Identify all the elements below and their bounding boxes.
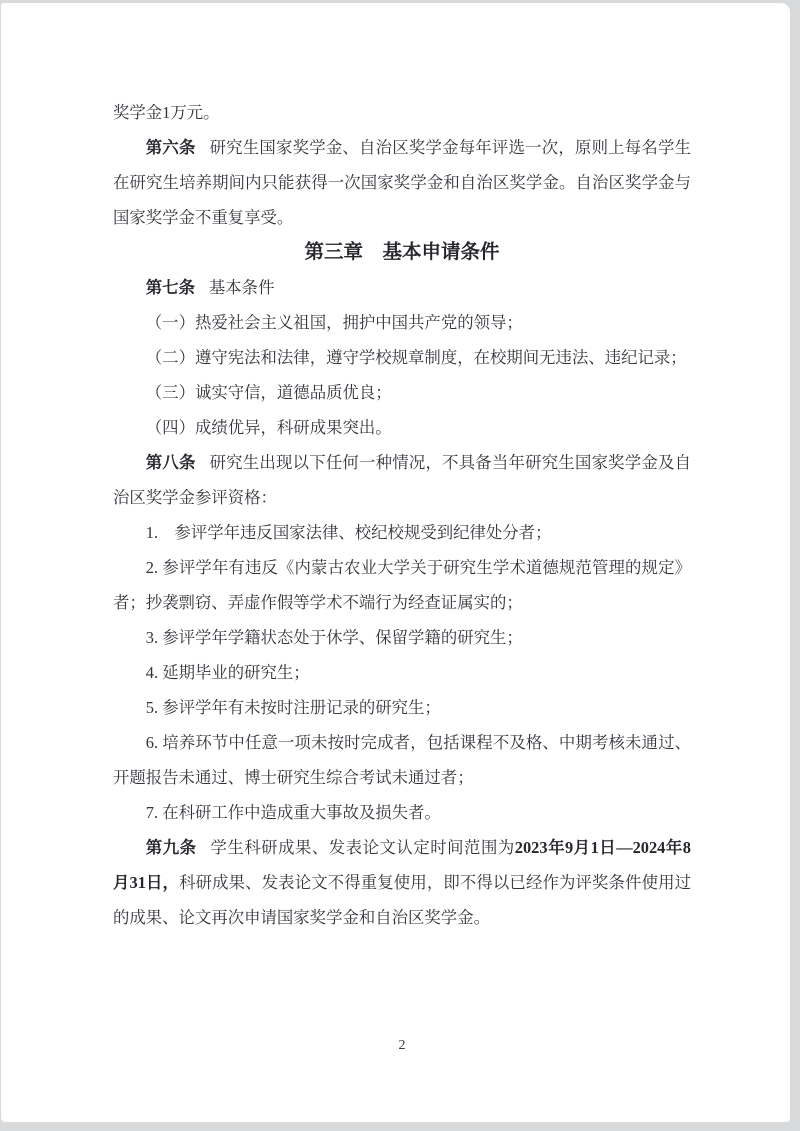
chapter-3-label: 第三章 [304, 242, 363, 263]
disqualification-item: 4. 延期毕业的研究生； [113, 655, 691, 690]
disqualification-item: 7. 在科研工作中造成重大事故及损失者。 [113, 795, 691, 830]
article-6-label: 第六条 [146, 138, 196, 157]
article-7: 第七条基本条件 [113, 270, 691, 305]
article-7-label: 第七条 [146, 278, 195, 297]
basic-condition-item: （四）成绩优异，科研成果突出。 [113, 410, 691, 445]
document-viewer-frame: 奖学金1万元。 第六条研究生国家奖学金、自治区奖学金每年评选一次，原则上每名学生… [0, 0, 800, 1131]
article-8-text: 研究生出现以下任何一种情况，不具备当年研究生国家奖学金及自治区奖学金参评资格： [113, 453, 691, 507]
disqualification-item: 6. 培养环节中任意一项未按时完成者，包括课程不及格、中期考核未通过、开题报告未… [113, 725, 691, 795]
basic-condition-item: （二）遵守宪法和法律，遵守学校规章制度，在校期间无违法、违纪记录； [113, 340, 691, 375]
article-8-label: 第八条 [146, 453, 196, 472]
chapter-3-heading: 第三章基本申请条件 [113, 235, 691, 270]
disqualification-item: 2. 参评学年有违反《内蒙古农业大学关于研究生学术道德规范管理的规定》者；抄袭剽… [113, 550, 691, 620]
article-9-text-before: 学生科研成果、发表论文认定时间范围为 [210, 838, 514, 857]
paragraph-continuation: 奖学金1万元。 [113, 95, 691, 130]
article-6: 第六条研究生国家奖学金、自治区奖学金每年评选一次，原则上每名学生在研究生培养期间… [113, 130, 691, 235]
disqualification-item: 5. 参评学年有未按时注册记录的研究生； [113, 690, 691, 725]
basic-condition-item: （一）热爱社会主义祖国，拥护中国共产党的领导； [113, 305, 691, 340]
document-page: 奖学金1万元。 第六条研究生国家奖学金、自治区奖学金每年评选一次，原则上每名学生… [1, 3, 790, 1122]
page-number: 2 [113, 1038, 691, 1054]
article-6-text: 研究生国家奖学金、自治区奖学金每年评选一次，原则上每名学生在研究生培养期间内只能… [113, 138, 691, 227]
disqualification-item: 3. 参评学年学籍状态处于休学、保留学籍的研究生； [113, 620, 691, 655]
article-7-text: 基本条件 [209, 278, 275, 297]
document-body: 奖学金1万元。 第六条研究生国家奖学金、自治区奖学金每年评选一次，原则上每名学生… [113, 95, 691, 935]
article-9-text-after: 科研成果、发表论文不得重复使用，即不得以已经作为评奖条件使用过的成果、论文再次申… [113, 873, 691, 927]
chapter-3-title: 基本申请条件 [383, 242, 500, 263]
disqualification-item: 1. 参评学年违反国家法律、校纪校规受到纪律处分者； [113, 515, 691, 550]
article-8: 第八条研究生出现以下任何一种情况，不具备当年研究生国家奖学金及自治区奖学金参评资… [113, 445, 691, 515]
basic-condition-item: （三）诚实守信，道德品质优良； [113, 375, 691, 410]
article-9: 第九条学生科研成果、发表论文认定时间范围为2023年9月1日—2024年8月31… [113, 830, 691, 935]
article-9-label: 第九条 [146, 838, 197, 857]
